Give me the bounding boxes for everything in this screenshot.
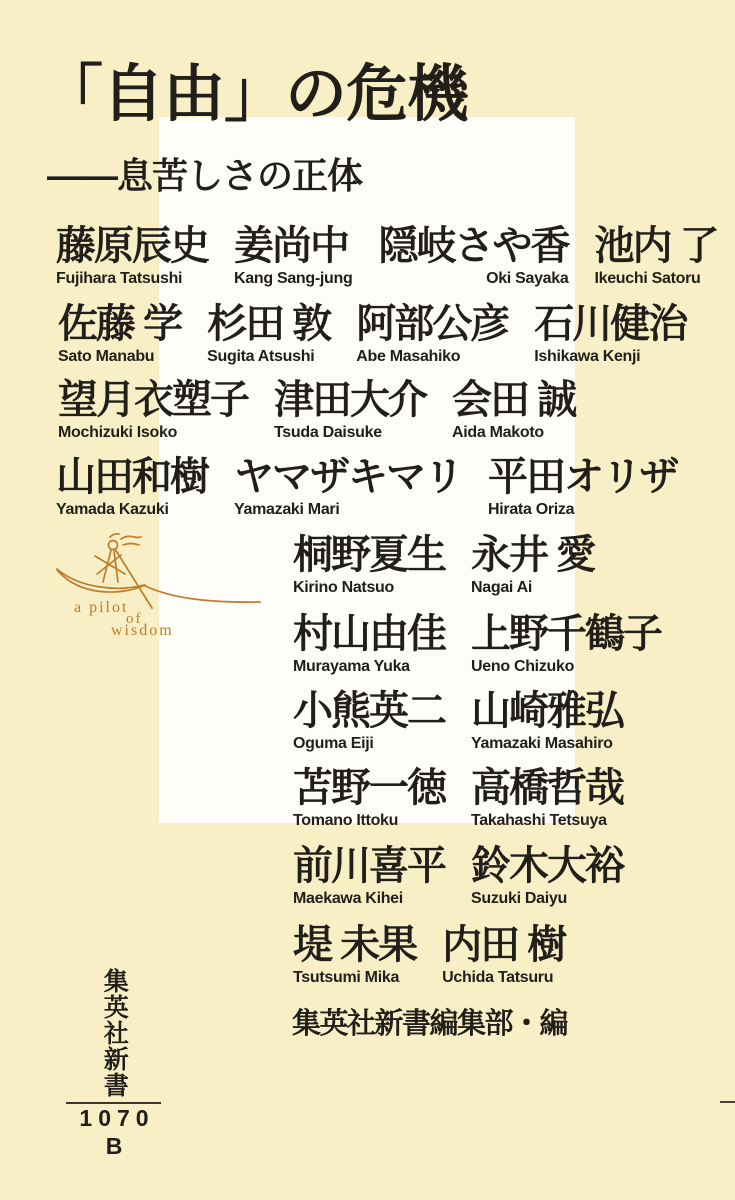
author-block: 阿部公彦Abe Masahiko bbox=[356, 304, 508, 365]
author-name-kanji: 石川健治 bbox=[534, 304, 686, 344]
author-name-romaji: Abe Masahiko bbox=[356, 349, 508, 365]
author-name-kanji: 津田大介 bbox=[274, 380, 426, 420]
author-name-kanji: 高橋哲哉 bbox=[471, 768, 623, 808]
author-block: 山田和樹Yamada Kazuki bbox=[56, 457, 208, 518]
author-block: 堤 未果Tsutsumi Mika bbox=[293, 925, 416, 986]
author-name-kanji: 佐藤 学 bbox=[58, 304, 181, 344]
author-row: 桐野夏生Kirino Natsuo永井 愛Nagai Ai bbox=[293, 535, 594, 596]
author-name-romaji: Nagai Ai bbox=[471, 580, 594, 596]
series-number: 1070 bbox=[64, 1107, 164, 1130]
author-block: 石川健治Ishikawa Kenji bbox=[534, 304, 686, 365]
author-name-kanji: 池内 了 bbox=[594, 226, 717, 266]
author-row: 山田和樹Yamada KazukiヤマザキマリYamazaki Mari平田オリ… bbox=[56, 457, 677, 518]
author-block: 佐藤 学Sato Manabu bbox=[58, 304, 181, 365]
author-name-romaji: Tsutsumi Mika bbox=[293, 970, 416, 986]
author-block: 村山由佳Murayama Yuka bbox=[293, 614, 445, 675]
author-name-kanji: 上野千鶴子 bbox=[471, 614, 661, 654]
author-name-kanji: 内田 樹 bbox=[442, 925, 565, 965]
editor-credit: 集英社新書編集部・編 bbox=[292, 1010, 567, 1039]
publisher-name-vertical: 集英社新書 bbox=[101, 968, 127, 1098]
author-block: 望月衣塑子Mochizuki Isoko bbox=[58, 380, 248, 441]
author-name-romaji: Hirata Oriza bbox=[488, 502, 677, 518]
author-name-kanji: 苫野一徳 bbox=[293, 768, 445, 808]
author-name-kanji: 前川喜平 bbox=[293, 846, 445, 886]
author-row: 村山由佳Murayama Yuka上野千鶴子Ueno Chizuko bbox=[293, 614, 661, 675]
author-block: 池内 了Ikeuchi Satoru bbox=[594, 226, 717, 287]
author-name-kanji: 阿部公彦 bbox=[356, 304, 508, 344]
author-name-kanji: 山崎雅弘 bbox=[471, 691, 623, 731]
author-block: 上野千鶴子Ueno Chizuko bbox=[471, 614, 661, 675]
author-name-romaji: Maekawa Kihei bbox=[293, 891, 445, 907]
author-name-kanji: 堤 未果 bbox=[293, 925, 416, 965]
edge-trim-mark bbox=[720, 1101, 735, 1103]
author-block: 高橋哲哉Takahashi Tetsuya bbox=[471, 768, 623, 829]
author-name-romaji: Yamada Kazuki bbox=[56, 502, 208, 518]
author-name-kanji: 永井 愛 bbox=[471, 535, 594, 575]
author-name-kanji: 村山由佳 bbox=[293, 614, 445, 654]
author-name-kanji: 小熊英二 bbox=[293, 691, 445, 731]
author-name-romaji: Tomano Ittoku bbox=[293, 813, 445, 829]
author-name-romaji: Kirino Natsuo bbox=[293, 580, 445, 596]
author-name-romaji: Ishikawa Kenji bbox=[534, 349, 686, 365]
author-row: 苫野一徳Tomano Ittoku高橋哲哉Takahashi Tetsuya bbox=[293, 768, 623, 829]
author-name-romaji: Sugita Atsushi bbox=[207, 349, 330, 365]
author-block: 山崎雅弘Yamazaki Masahiro bbox=[471, 691, 623, 752]
author-name-kanji: 姜尚中 bbox=[234, 226, 352, 266]
author-name-kanji: 山田和樹 bbox=[56, 457, 208, 497]
author-block: 桐野夏生Kirino Natsuo bbox=[293, 535, 445, 596]
author-block: 前川喜平Maekawa Kihei bbox=[293, 846, 445, 907]
author-block: 会田 誠Aida Makoto bbox=[452, 380, 575, 441]
author-block: 平田オリザHirata Oriza bbox=[488, 457, 677, 518]
author-name-romaji: Ikeuchi Satoru bbox=[594, 271, 717, 287]
author-name-romaji: Oki Sayaka bbox=[378, 271, 568, 287]
author-row: 望月衣塑子Mochizuki Isoko津田大介Tsuda Daisuke会田 … bbox=[58, 380, 575, 441]
author-name-romaji: Fujihara Tatsushi bbox=[56, 271, 208, 287]
author-block: 鈴木大裕Suzuki Daiyu bbox=[471, 846, 623, 907]
series-divider-rule bbox=[66, 1102, 161, 1104]
author-block: 小熊英二Oguma Eiji bbox=[293, 691, 445, 752]
book-title: 「自由」の危機 bbox=[41, 64, 468, 126]
author-row: 小熊英二Oguma Eiji山崎雅弘Yamazaki Masahiro bbox=[293, 691, 623, 752]
author-name-kanji: 桐野夏生 bbox=[293, 535, 445, 575]
author-name-romaji: Murayama Yuka bbox=[293, 659, 445, 675]
author-block: ヤマザキマリYamazaki Mari bbox=[234, 457, 462, 518]
author-name-romaji: Kang Sang-jung bbox=[234, 271, 352, 287]
author-name-romaji: Oguma Eiji bbox=[293, 736, 445, 752]
author-name-romaji: Mochizuki Isoko bbox=[58, 425, 248, 441]
author-name-romaji: Sato Manabu bbox=[58, 349, 181, 365]
author-name-romaji: Uchida Tatsuru bbox=[442, 970, 565, 986]
author-name-kanji: 平田オリザ bbox=[488, 457, 677, 497]
author-block: 内田 樹Uchida Tatsuru bbox=[442, 925, 565, 986]
author-name-kanji: 隠岐さや香 bbox=[378, 226, 568, 266]
author-name-kanji: 杉田 敦 bbox=[207, 304, 330, 344]
author-block: 杉田 敦Sugita Atsushi bbox=[207, 304, 330, 365]
author-block: 永井 愛Nagai Ai bbox=[471, 535, 594, 596]
author-block: 津田大介Tsuda Daisuke bbox=[274, 380, 426, 441]
series-category-letter: B bbox=[64, 1135, 164, 1158]
author-block: 姜尚中Kang Sang-jung bbox=[234, 226, 352, 287]
logo-text-a-pilot: a pilot bbox=[74, 600, 128, 616]
author-name-romaji: Takahashi Tetsuya bbox=[471, 813, 623, 829]
author-name-romaji: Suzuki Daiyu bbox=[471, 891, 623, 907]
book-cover: 「自由」の危機 ——息苦しさの正体 藤原辰史Fujihara Tatsushi姜… bbox=[0, 0, 735, 1200]
logo-text-wisdom: wisdom bbox=[111, 623, 174, 639]
author-row: 藤原辰史Fujihara Tatsushi姜尚中Kang Sang-jung隠岐… bbox=[56, 226, 718, 287]
author-name-romaji: Tsuda Daisuke bbox=[274, 425, 426, 441]
author-block: 苫野一徳Tomano Ittoku bbox=[293, 768, 445, 829]
author-name-romaji: Ueno Chizuko bbox=[471, 659, 661, 675]
author-name-romaji: Aida Makoto bbox=[452, 425, 575, 441]
author-row: 前川喜平Maekawa Kihei鈴木大裕Suzuki Daiyu bbox=[293, 846, 623, 907]
author-row: 佐藤 学Sato Manabu杉田 敦Sugita Atsushi阿部公彦Abe… bbox=[58, 304, 686, 365]
author-row: 堤 未果Tsutsumi Mika内田 樹Uchida Tatsuru bbox=[293, 925, 565, 986]
author-name-kanji: 藤原辰史 bbox=[56, 226, 208, 266]
author-name-kanji: 鈴木大裕 bbox=[471, 846, 623, 886]
book-subtitle: ——息苦しさの正体 bbox=[47, 158, 362, 194]
author-name-kanji: 会田 誠 bbox=[452, 380, 575, 420]
author-name-kanji: ヤマザキマリ bbox=[234, 457, 462, 497]
author-block: 藤原辰史Fujihara Tatsushi bbox=[56, 226, 208, 287]
author-name-romaji: Yamazaki Masahiro bbox=[471, 736, 623, 752]
author-name-romaji: Yamazaki Mari bbox=[234, 502, 462, 518]
author-block: 隠岐さや香Oki Sayaka bbox=[378, 226, 568, 287]
author-name-kanji: 望月衣塑子 bbox=[58, 380, 248, 420]
